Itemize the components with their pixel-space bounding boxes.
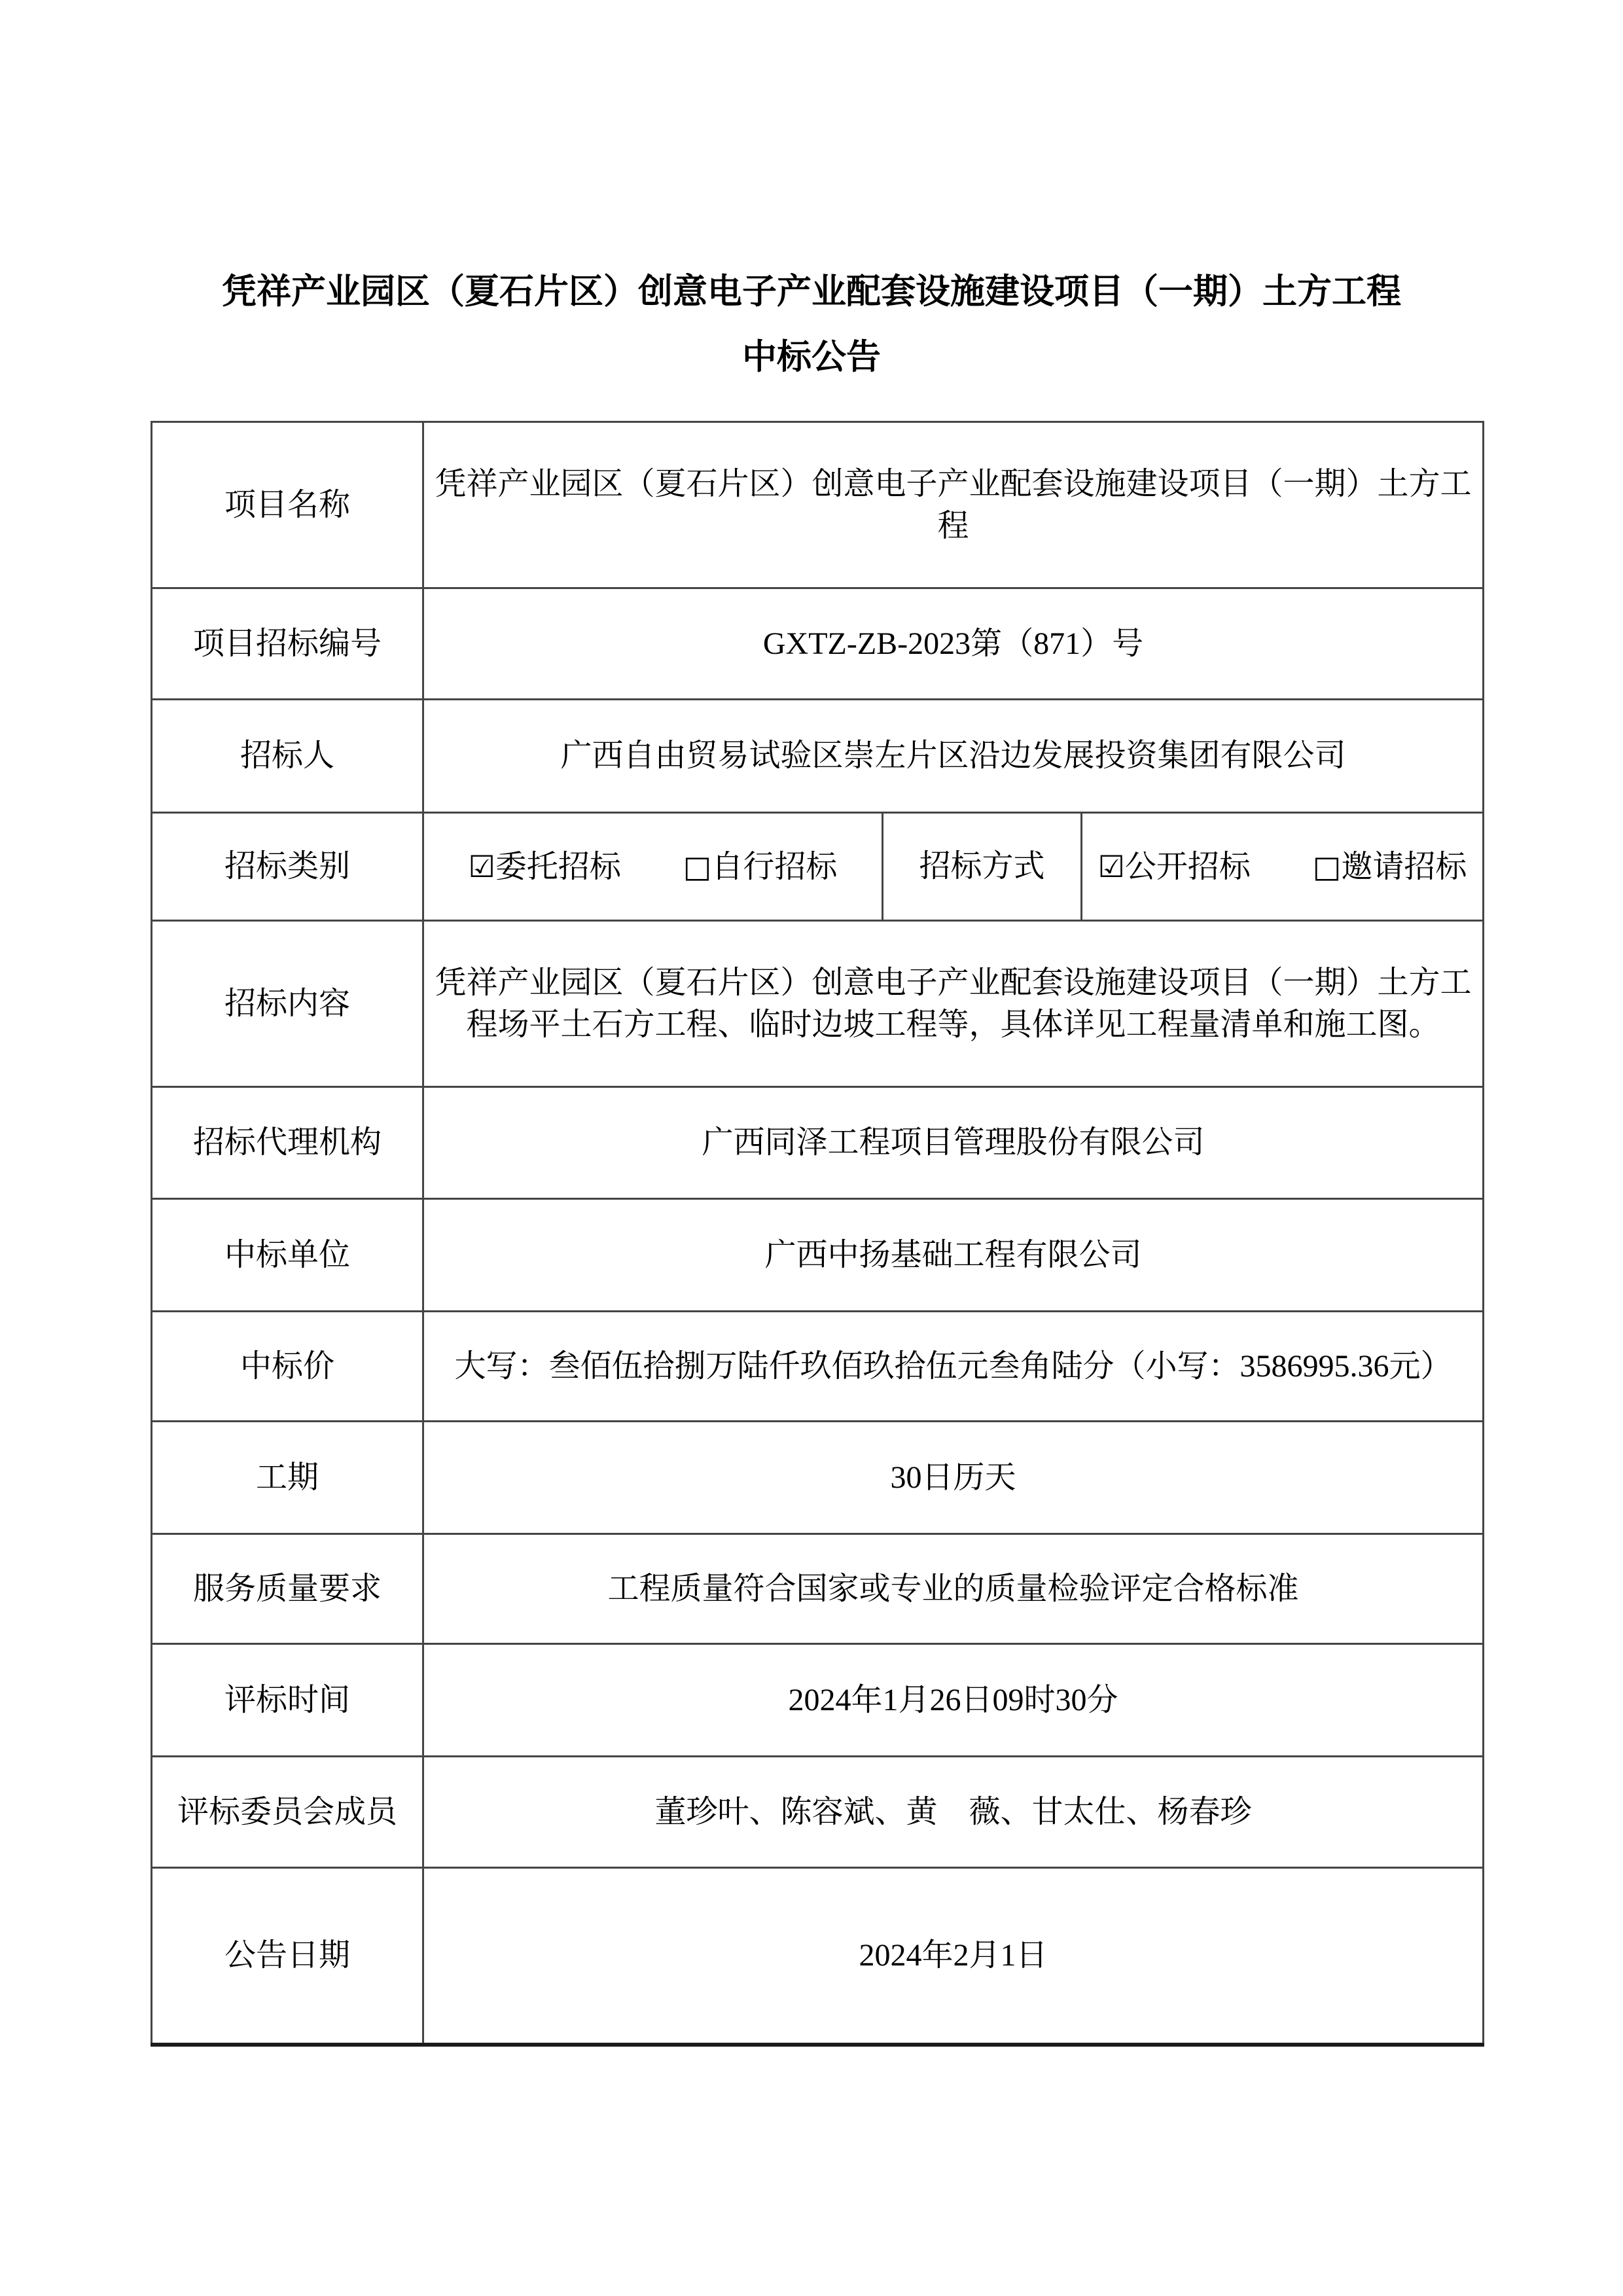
row-announcement-date: 公告日期 2024年2月1日 [152, 1868, 1484, 2045]
row-quality-requirement: 服务质量要求 工程质量符合国家或专业的质量检验评定合格标准 [152, 1534, 1484, 1644]
row-value: 2024年2月1日 [423, 1868, 1484, 2045]
option-invited-tender: □邀请招标 [1313, 850, 1467, 884]
bid-announcement-table: 项目名称 凭祥产业园区（夏石片区）创意电子产业配套设施建设项目（一期）土方工程 … [151, 421, 1484, 2047]
unchecked-checkbox-icon: □ [683, 849, 711, 884]
row-winning-bidder: 中标单位 广西中扬基础工程有限公司 [152, 1199, 1484, 1312]
row-value: 2024年1月26日09时30分 [423, 1644, 1484, 1757]
row-construction-period: 工期 30日历天 [152, 1422, 1484, 1534]
row-label: 招标内容 [152, 921, 423, 1087]
document-title: 凭祥产业园区（夏石片区）创意电子产业配套设施建设项目（一期）土方工程 中标公告 [0, 259, 1623, 390]
checkbox-option-label: 公开招标 [1125, 850, 1251, 884]
row-label: 项目名称 [152, 422, 423, 588]
tender-method-options: ☑公开招标□邀请招标 [1082, 813, 1484, 921]
row-tender-category: 招标类别 ☑委托招标□自行招标 招标方式 ☑公开招标□邀请招标 [152, 813, 1484, 921]
option-delegated-tender: ☑委托招标 [469, 850, 621, 884]
row-label: 评标时间 [152, 1644, 423, 1757]
document-page: 凭祥产业园区（夏石片区）创意电子产业配套设施建设项目（一期）土方工程 中标公告 … [0, 0, 1623, 2296]
row-value: 广西自由贸易试验区崇左片区沿边发展投资集团有限公司 [423, 700, 1484, 813]
row-value: 凭祥产业园区（夏石片区）创意电子产业配套设施建设项目（一期）土方工程场平土石方工… [423, 921, 1484, 1087]
row-label: 工期 [152, 1422, 423, 1534]
row-project-name: 项目名称 凭祥产业园区（夏石片区）创意电子产业配套设施建设项目（一期）土方工程 [152, 422, 1484, 588]
row-tender-agency: 招标代理机构 广西同泽工程项目管理股份有限公司 [152, 1087, 1484, 1199]
row-label: 评标委员会成员 [152, 1757, 423, 1868]
row-label: 项目招标编号 [152, 588, 423, 700]
row-label: 中标单位 [152, 1199, 423, 1312]
tender-category-options: ☑委托招标□自行招标 [423, 813, 883, 921]
row-value: 董珍叶、陈容斌、黄 薇、甘太仕、杨春珍 [423, 1757, 1484, 1868]
row-label: 招标人 [152, 700, 423, 813]
row-value: 凭祥产业园区（夏石片区）创意电子产业配套设施建设项目（一期）土方工程 [423, 422, 1484, 588]
row-label: 招标类别 [152, 813, 423, 921]
row-winning-price: 中标价 大写：叁佰伍拾捌万陆仟玖佰玖拾伍元叁角陆分（小写：3586995.36元… [152, 1312, 1484, 1422]
row-value: 广西同泽工程项目管理股份有限公司 [423, 1087, 1484, 1199]
unchecked-checkbox-icon: □ [1313, 849, 1341, 884]
row-tenderer: 招标人 广西自由贸易试验区崇左片区沿边发展投资集团有限公司 [152, 700, 1484, 813]
checkbox-option-label: 自行招标 [711, 850, 837, 884]
row-value: 广西中扬基础工程有限公司 [423, 1199, 1484, 1312]
option-open-tender: ☑公开招标 [1098, 850, 1251, 884]
checkbox-option-label: 委托招标 [495, 850, 621, 884]
checked-checkbox-icon: ☑ [469, 849, 495, 884]
page-title: 凭祥产业园区（夏石片区）创意电子产业配套设施建设项目（一期）土方工程 [0, 259, 1623, 325]
row-evaluation-committee: 评标委员会成员 董珍叶、陈容斌、黄 薇、甘太仕、杨春珍 [152, 1757, 1484, 1868]
row-label: 招标方式 [883, 813, 1082, 921]
checkbox-option-label: 邀请招标 [1341, 850, 1467, 884]
row-tender-number: 项目招标编号 GXTZ-ZB-2023第（871）号 [152, 588, 1484, 700]
row-value: GXTZ-ZB-2023第（871）号 [423, 588, 1484, 700]
row-label: 服务质量要求 [152, 1534, 423, 1644]
option-self-tender: □自行招标 [683, 850, 837, 884]
row-value: 工程质量符合国家或专业的质量检验评定合格标准 [423, 1534, 1484, 1644]
row-tender-content: 招标内容 凭祥产业园区（夏石片区）创意电子产业配套设施建设项目（一期）土方工程场… [152, 921, 1484, 1087]
row-value: 大写：叁佰伍拾捌万陆仟玖佰玖拾伍元叁角陆分（小写：3586995.36元） [423, 1312, 1484, 1422]
row-label: 中标价 [152, 1312, 423, 1422]
row-value: 30日历天 [423, 1422, 1484, 1534]
row-label: 公告日期 [152, 1868, 423, 2045]
checked-checkbox-icon: ☑ [1098, 849, 1125, 884]
row-evaluation-time: 评标时间 2024年1月26日09时30分 [152, 1644, 1484, 1757]
row-label: 招标代理机构 [152, 1087, 423, 1199]
page-subtitle: 中标公告 [0, 325, 1623, 390]
